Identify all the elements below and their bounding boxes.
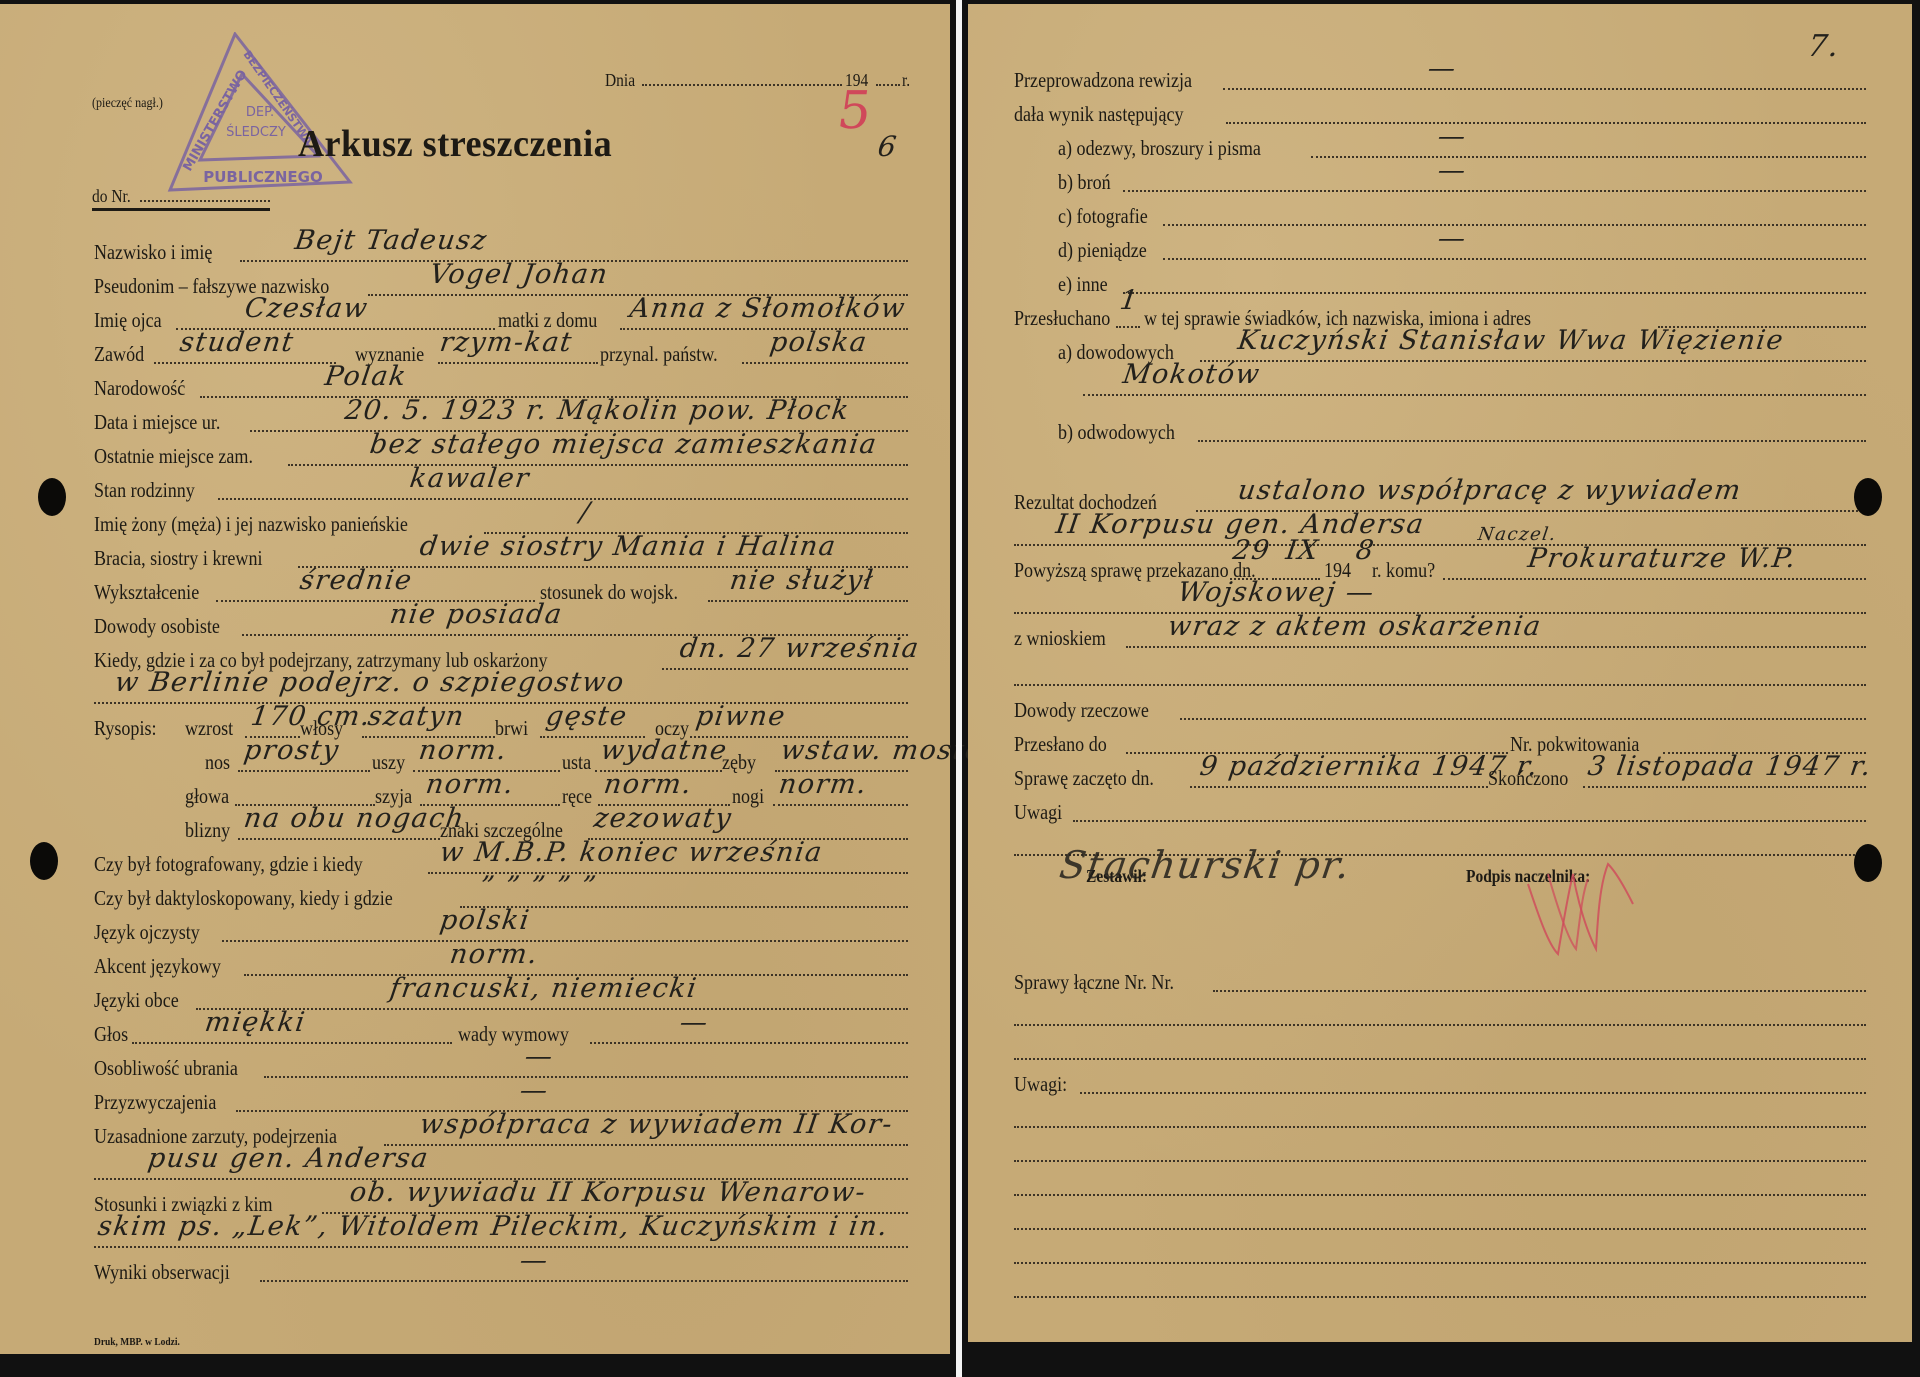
- rysopis-value-2-3[interactable]: norm.: [777, 770, 869, 800]
- right-field-label-0: Przeprowadzona rewizja: [1014, 68, 1192, 92]
- field-value-zawod-1[interactable]: rzym-kat: [438, 328, 575, 358]
- page-number: 7.: [1806, 32, 1842, 62]
- field-label-miejsce-zamieszkania: Ostatnie miejsce zam.: [94, 444, 253, 468]
- fill-line: [1080, 1092, 1866, 1094]
- witnesses-label: Przesłuchano: [1014, 306, 1110, 330]
- zestawil-signature: Stachurski pr.: [1058, 850, 1353, 880]
- left-page: DEP. ŚLEDCZY PUBLICZNEGO MINISTERSTWO BE…: [0, 4, 950, 1354]
- field-label-2: Język ojczysty: [94, 920, 200, 944]
- field-value-4[interactable]: francuski, niemiecki: [388, 974, 699, 1004]
- field-value-data-urodzenia[interactable]: 20. 5. 1923 r. Mąkolin pow. Płock: [343, 396, 852, 426]
- field-label-narodowosc: Narodowość: [94, 376, 185, 400]
- field-value-5[interactable]: miękki: [203, 1008, 308, 1038]
- right-field-label-17: Dowody rzeczowe: [1014, 698, 1149, 722]
- rysopis-value-0-3[interactable]: piwne: [694, 702, 788, 732]
- field-value-zawod[interactable]: student: [178, 328, 296, 358]
- witnesses-suffix-label: w tej sprawie świadków, ich nazwiska, im…: [1144, 306, 1531, 330]
- right-field-value-11[interactable]: ustalono współpracę z wywiadem: [1236, 476, 1744, 506]
- field-value-rodzenstwo[interactable]: dwie siostry Mania i Halina: [418, 532, 839, 562]
- rysopis-value-0-1[interactable]: szatyn: [366, 702, 467, 732]
- fill-line: [1226, 122, 1866, 124]
- fill-line: [1014, 1126, 1866, 1128]
- fill-line: [1014, 1024, 1866, 1026]
- field-label-dowody-osobiste: Dowody osobiste: [94, 614, 220, 638]
- field-label-nazwisko: Nazwisko i imię: [94, 240, 212, 264]
- right-field-value-15[interactable]: wraz z aktem oskarżenia: [1166, 612, 1544, 642]
- field-value-wyksztalcenie-1[interactable]: nie służył: [728, 566, 876, 596]
- fill-line: [742, 362, 908, 364]
- date-label: Dnia: [605, 68, 635, 92]
- przekazano-label: Powyższą sprawę przekazano dn.: [1014, 558, 1256, 582]
- fill-line: [264, 1076, 908, 1078]
- right-field-value-5[interactable]: —: [1436, 224, 1469, 254]
- form-title: Arkusz streszczenia: [298, 122, 612, 166]
- field-value-imie-ojca-1[interactable]: Anna z Słomołków: [628, 294, 908, 324]
- date-year-line: [876, 84, 900, 86]
- field-value-miejsce-zamieszkania[interactable]: bez stałego miejsca zamieszkania: [368, 430, 879, 460]
- fill-line: [1163, 258, 1866, 260]
- fill-line: [218, 498, 908, 500]
- field-label-12: Wyniki obserwacji: [94, 1260, 230, 1284]
- fill-line: [1014, 1058, 1866, 1060]
- right-field-label-2: a) odezwy, broszury i pisma: [1058, 136, 1261, 160]
- fill-line: [1116, 326, 1140, 328]
- field-value-1[interactable]: ” ” ” ” ”: [478, 872, 599, 902]
- rysopis-value-1-1[interactable]: norm.: [417, 736, 509, 766]
- fill-line: [1223, 88, 1866, 90]
- fill-line: [1014, 1228, 1866, 1230]
- fill-line: [1126, 646, 1866, 648]
- field-value-zatrzymanie-cd[interactable]: w Berlinie podejrz. o szpiegostwo: [113, 668, 627, 698]
- rysopis-label-1-2: usta: [562, 750, 591, 774]
- przekazano-year-prefix: 194: [1324, 558, 1351, 582]
- rysopis-value-3-0[interactable]: na obu nogach: [242, 804, 467, 834]
- field-value-0[interactable]: w M.B.P. koniec września: [438, 838, 825, 868]
- fill-line: [1073, 820, 1866, 822]
- field-value-zatrzymanie[interactable]: dn. 27 września: [678, 634, 922, 664]
- field-value-11[interactable]: skim ps. „Lek”, Witoldem Pileckim, Kuczy…: [96, 1212, 891, 1242]
- right-field-value-2[interactable]: —: [1436, 122, 1469, 152]
- fill-line: [238, 838, 440, 840]
- right-field-value-19-1[interactable]: 3 listopada 1947 r.: [1586, 752, 1874, 782]
- rysopis-label-2-3: nogi: [732, 784, 764, 808]
- fill-line: [773, 804, 908, 806]
- punch-hole: [30, 842, 58, 880]
- fill-line: [1198, 440, 1866, 442]
- page-divider: [956, 0, 962, 1377]
- rysopis-label-3-0: blizny: [185, 818, 230, 842]
- right-page: 7. Przeprowadzona rewizja—dała wynik nas…: [968, 4, 1912, 1342]
- field-value-7[interactable]: —: [518, 1076, 551, 1106]
- field-label-1: Czy był daktyloskopowany, kiedy i gdzie: [94, 886, 393, 910]
- field-label-0: Czy był fotografowany, gdzie i kiedy: [94, 852, 363, 876]
- field-label-4: Języki obce: [94, 988, 179, 1012]
- field-label-zawod: przynal. państw.: [600, 342, 718, 366]
- fill-line: [1583, 786, 1866, 788]
- fill-line: [1163, 224, 1866, 226]
- field-value-8[interactable]: współpraca z wywiadem II Kor-: [418, 1110, 895, 1140]
- case-no-line: [140, 200, 270, 202]
- right-field-value-0[interactable]: —: [1426, 54, 1459, 84]
- right-field-value-8[interactable]: Kuczyński Stanisław Wwa Więzienie: [1236, 326, 1786, 356]
- rysopis-value-1-2[interactable]: wydatne: [599, 736, 730, 766]
- fill-line: [260, 1280, 908, 1282]
- fill-line: [1014, 684, 1866, 686]
- fill-line: [94, 1246, 908, 1248]
- case-no-underline: [92, 208, 270, 211]
- rysopis-label-2-2: ręce: [562, 784, 592, 808]
- fill-line: [238, 770, 370, 772]
- case-no-label: do Nr.: [92, 184, 131, 208]
- fill-line: [1230, 578, 1268, 580]
- rysopis-label-0-0: wzrost: [185, 716, 233, 740]
- right-field-value-9[interactable]: Mokotów: [1121, 360, 1262, 390]
- right-field-label-5: d) pieniądze: [1058, 238, 1147, 262]
- fill-line: [1123, 292, 1866, 294]
- right-field-label-4: c) fotografie: [1058, 204, 1148, 228]
- punch-hole: [1854, 478, 1882, 516]
- right-field-label-1: dała wynik następujący: [1014, 102, 1184, 126]
- fill-line: [132, 1042, 452, 1044]
- right-field-label-15: z wnioskiem: [1014, 626, 1106, 650]
- right-field-label-3: b) broń: [1058, 170, 1111, 194]
- przekazano-komu-label: r. komu?: [1372, 558, 1435, 582]
- field-value-12[interactable]: —: [518, 1246, 551, 1276]
- field-label-7: Przyzwyczajenia: [94, 1090, 216, 1114]
- field-value-6[interactable]: —: [523, 1042, 556, 1072]
- field-value-wyksztalcenie[interactable]: średnie: [298, 566, 415, 596]
- fill-line: [1658, 326, 1866, 328]
- rysopis-label-1-1: uszy: [372, 750, 405, 774]
- red-signature-icon: [1518, 854, 1638, 964]
- right-field-value-14[interactable]: Wojskowej —: [1176, 578, 1377, 608]
- fill-line: [438, 362, 598, 364]
- right-field-label-10: b) odwodowych: [1058, 420, 1175, 444]
- field-label-3: Akcent językowy: [94, 954, 221, 978]
- fill-line: [1123, 190, 1866, 192]
- field-value-stan-rodzinny[interactable]: kawaler: [408, 464, 532, 494]
- fill-line: [1083, 394, 1866, 396]
- fill-line: [1190, 786, 1488, 788]
- right-field-label-18: Przesłano do: [1014, 732, 1107, 756]
- field-value-3[interactable]: norm.: [448, 940, 540, 970]
- fill-line: [1014, 1296, 1866, 1298]
- fill-line: [708, 600, 908, 602]
- fill-line: [288, 464, 908, 466]
- fill-line: [1443, 578, 1866, 580]
- right-field-label-19: Sprawę zaczęto dn.: [1014, 766, 1154, 790]
- date-line: [642, 84, 842, 86]
- rysopis-value-3-1[interactable]: zezowaty: [592, 804, 734, 834]
- right-field-label-19: Skończono: [1488, 766, 1568, 790]
- punch-hole: [1854, 844, 1882, 882]
- field-value-dowody-osobiste[interactable]: nie posiada: [388, 600, 565, 630]
- przekazano-day[interactable]: 29: [1231, 536, 1273, 566]
- fill-line: [222, 940, 908, 942]
- field-value-nazwisko[interactable]: Bejt Tadeusz: [293, 226, 490, 256]
- field-value-2[interactable]: polski: [438, 906, 532, 936]
- rysopis-label-1-0: nos: [205, 750, 230, 774]
- field-value-5-1[interactable]: —: [678, 1008, 711, 1038]
- field-value-imie-ojca[interactable]: Czesław: [243, 294, 370, 324]
- field-label-5: Głos: [94, 1022, 128, 1046]
- field-label-stan-rodzinny: Stan rodzinny: [94, 478, 195, 502]
- field-value-pseudonim[interactable]: Vogel Johan: [428, 260, 610, 290]
- przekazano-month[interactable]: IX: [1284, 536, 1321, 566]
- right-field-label-20: Uwagi: [1014, 800, 1062, 824]
- komu-value[interactable]: Prokuraturze W.P.: [1526, 544, 1799, 574]
- fill-line: [662, 668, 908, 670]
- rysopis-label: Rysopis:: [94, 716, 157, 740]
- svg-text:DEP.: DEP.: [246, 105, 274, 120]
- fill-line: [1213, 990, 1866, 992]
- fill-line: [1014, 1194, 1866, 1196]
- fill-line: [1014, 1160, 1866, 1162]
- field-value-narodowosc[interactable]: Polak: [323, 362, 409, 392]
- fill-line: [384, 1144, 908, 1146]
- rysopis-value-2-1[interactable]: norm.: [424, 770, 516, 800]
- field-label-6: Osobliwość ubrania: [94, 1056, 238, 1080]
- fill-line: [1311, 156, 1866, 158]
- rysopis-label-2-0: głowa: [185, 784, 229, 808]
- rysopis-value-0-2[interactable]: gęste: [544, 702, 630, 732]
- fill-line: [1180, 718, 1866, 720]
- fill-line: [1272, 578, 1320, 580]
- field-value-10[interactable]: ob. wywiadu II Korpusu Wenarow-: [348, 1178, 868, 1208]
- fill-line: [154, 362, 336, 364]
- witnesses-count[interactable]: 1: [1118, 286, 1141, 316]
- pencil-page-number: 6: [876, 132, 900, 162]
- right-field-label-22: Sprawy łączne Nr. Nr.: [1014, 970, 1174, 994]
- svg-text:ŚLEDCZY: ŚLEDCZY: [226, 124, 286, 140]
- field-label-rodzenstwo: Bracia, siostry i krewni: [94, 546, 263, 570]
- rysopis-value-2-2[interactable]: norm.: [602, 770, 694, 800]
- field-value-zawod-2[interactable]: polska: [768, 328, 870, 358]
- svg-text:PUBLICZNEGO: PUBLICZNEGO: [203, 168, 323, 186]
- right-field-label-25: Uwagi:: [1014, 1072, 1067, 1096]
- date-suffix: r.: [902, 68, 910, 92]
- field-label-imie-ojca: Imię ojca: [94, 308, 162, 332]
- punch-hole: [38, 478, 66, 516]
- field-value-imie-zony[interactable]: /: [578, 498, 593, 528]
- right-field-label-6: e) inne: [1058, 272, 1108, 296]
- print-note: Druk, MBP. w Lodzi.: [94, 1330, 180, 1354]
- rysopis-label-1-3: zęby: [722, 750, 756, 774]
- field-value-9[interactable]: pusu gen. Andersa: [146, 1144, 431, 1174]
- rysopis-value-1-0[interactable]: prosty: [242, 736, 342, 766]
- field-label-wyksztalcenie: Wykształcenie: [94, 580, 199, 604]
- ministry-stamp-icon: DEP. ŚLEDCZY PUBLICZNEGO MINISTERSTWO BE…: [160, 32, 360, 202]
- right-field-value-3[interactable]: —: [1436, 156, 1469, 186]
- stamp-label: (pieczęć nagł.): [92, 92, 163, 116]
- fill-line: [1200, 360, 1866, 362]
- fill-line: [1014, 1262, 1866, 1264]
- fill-line: [590, 1042, 908, 1044]
- field-label-imie-zony: Imię żony (męża) i jej nazwisko panieńsk…: [94, 512, 408, 536]
- field-label-data-urodzenia: Data i miejsce ur.: [94, 410, 220, 434]
- red-page-number: 5: [836, 96, 875, 126]
- field-label-zawod: Zawód: [94, 342, 144, 366]
